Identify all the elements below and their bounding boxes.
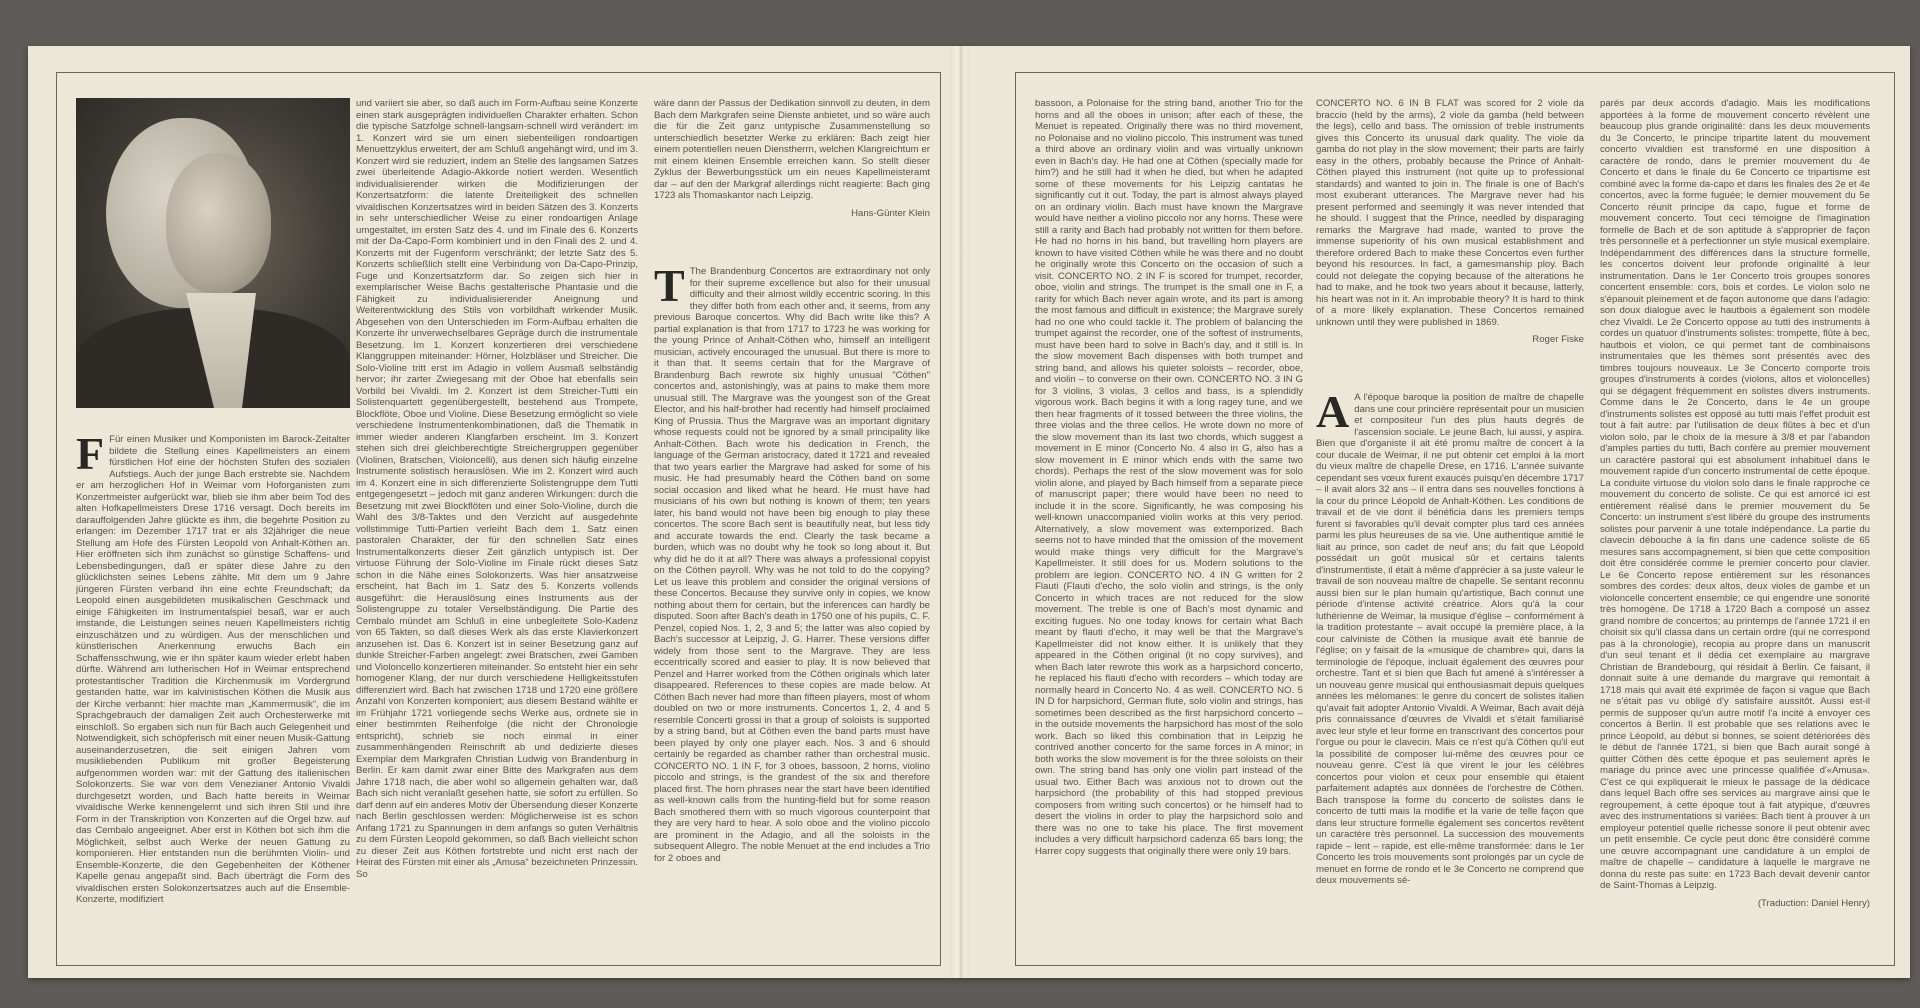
german-essay-column-1: FFür einen Musiker und Komponisten im Ba… — [76, 434, 350, 956]
german-author: Hans-Günter Klein — [654, 208, 930, 219]
dropcap-F: F — [76, 436, 104, 472]
dropcap-T: T — [654, 268, 685, 304]
english-author: Roger Fiske — [1316, 334, 1584, 346]
dropcap-A: A — [1316, 394, 1349, 430]
german-essay-column-2: und variiert sie aber, so daß auch im Fo… — [356, 98, 638, 956]
french-essay-column-1: AA l'époque baroque la position de maîtr… — [1316, 392, 1584, 956]
french-essay-column-2: parés par deux accords d'adagio. Mais le… — [1600, 98, 1870, 956]
english-essay-column-2: bassoon, a Polonaise for the string band… — [1035, 98, 1303, 956]
bach-portrait — [76, 98, 350, 408]
center-fold — [950, 46, 970, 978]
english-essay-column-3: CONCERTO NO. 6 IN B FLAT was scored for … — [1316, 98, 1584, 348]
portrait-face — [166, 153, 271, 293]
english-essay-column-1: TThe Brandenburg Concertos are extraordi… — [654, 266, 930, 956]
french-translator: (Traduction: Daniel Henry) — [1600, 898, 1870, 910]
german-essay-column-3: wäre dann der Passus der Dedikation sinn… — [654, 98, 930, 218]
